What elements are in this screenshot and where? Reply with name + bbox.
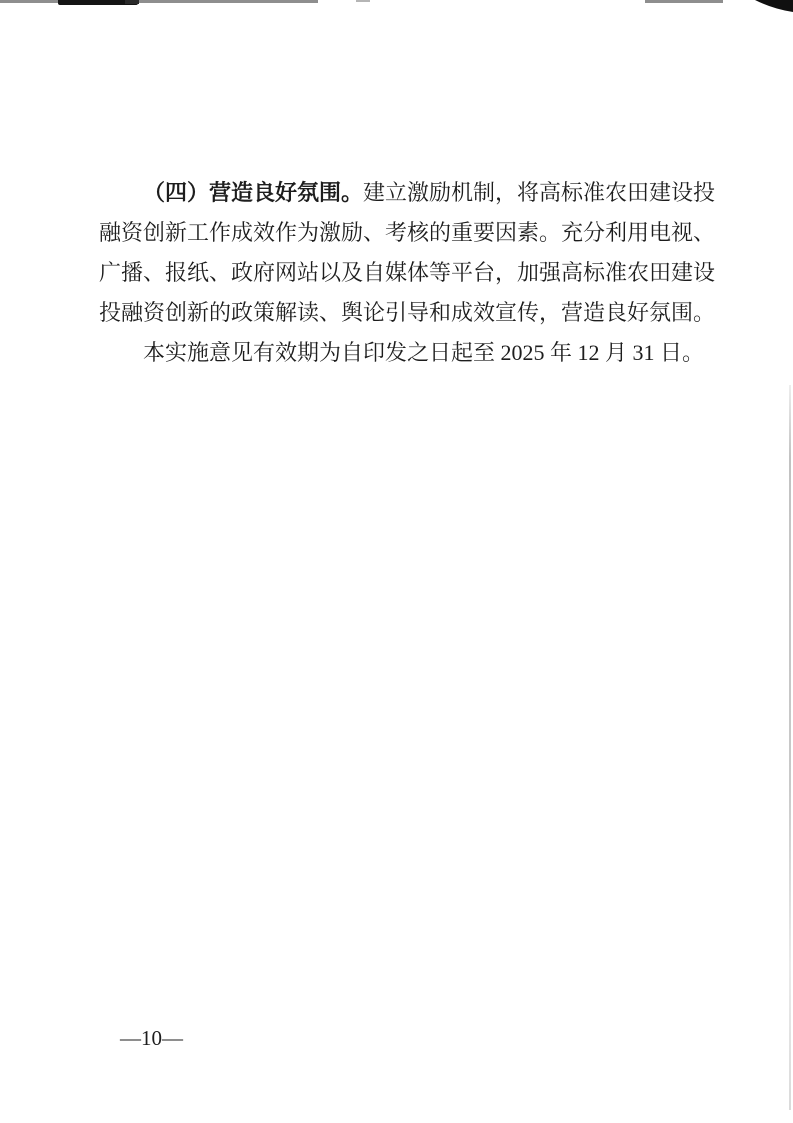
scanned-document-page: （四）营造良好氛围。建立激励机制，将高标准农田建设投 融资创新工作成效作为激励、… <box>0 0 793 1123</box>
paragraph1-line1: （四）营造良好氛围。建立激励机制，将高标准农田建设投 <box>99 173 739 213</box>
scan-artifact-top-dark-blob-2 <box>125 0 139 4</box>
paragraph1-line2: 融资创新工作成效作为激励、考核的重要因素。充分利用电视、 <box>99 213 739 253</box>
page-number: —10— <box>120 1026 183 1051</box>
scan-artifact-corner-wedge <box>753 0 793 12</box>
scan-artifact-top-speck <box>356 0 370 2</box>
document-body: （四）营造良好氛围。建立激励机制，将高标准农田建设投 融资创新工作成效作为激励、… <box>99 173 739 373</box>
paragraph2-line1: 本实施意见有效期为自印发之日起至 2025 年 12 月 31 日。 <box>99 333 739 373</box>
scan-artifact-right-edge-line <box>789 385 791 1110</box>
paragraph1-line1-text: 建立激励机制，将高标准农田建设投 <box>363 180 715 205</box>
scan-artifact-top-mid-strip <box>645 0 723 3</box>
section-heading: （四）营造良好氛围。 <box>143 180 363 205</box>
scan-artifact-top-left-strip <box>0 0 318 3</box>
paragraph1-line4: 投融资创新的政策解读、舆论引导和成效宣传，营造良好氛围。 <box>99 293 739 333</box>
paragraph1-line3: 广播、报纸、政府网站以及自媒体等平台，加强高标准农田建设 <box>99 253 739 293</box>
